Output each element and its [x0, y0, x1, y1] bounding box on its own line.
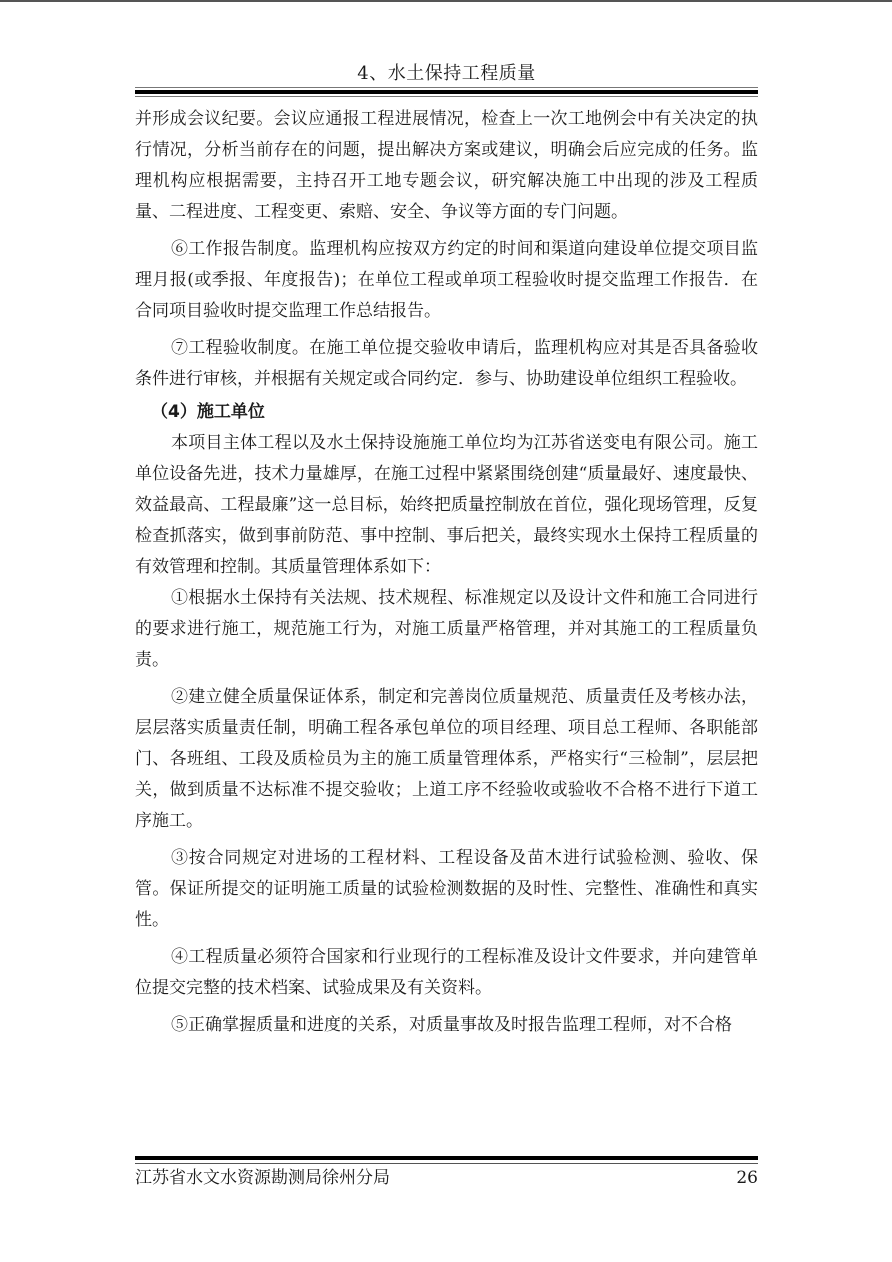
section-heading-construction-unit: （4）施工单位 — [135, 397, 758, 428]
header-rule-thin-bottom — [135, 96, 758, 97]
running-footer: 江苏省水文水资源勘测局徐州分局 26 — [135, 1166, 758, 1190]
paragraph-item-2: ②建立健全质量保证体系，制定和完善岗位质量规范、质量责任及考核办法，层层落实质量… — [135, 682, 758, 837]
document-body: 并形成会议纪要。会议应通报工程进展情况，检查上一次工地例会中有关决定的执行情况，… — [135, 104, 758, 1041]
paragraph-acceptance-system: ⑦工程验收制度。在施工单位提交验收申请后，监理机构应对其是否具备验收条件进行审核… — [135, 333, 758, 395]
paragraph-item-3: ③按合同规定对进场的工程材料、工程设备及苗木进行试验检测、验收、保管。保证所提交… — [135, 843, 758, 936]
paragraph-meeting-minutes: 并形成会议纪要。会议应通报工程进展情况，检查上一次工地例会中有关决定的执行情况，… — [135, 104, 758, 228]
footer-organization: 江苏省水文水资源勘测局徐州分局 — [135, 1166, 390, 1190]
running-header: 4、水土保持工程质量 — [135, 62, 758, 86]
paragraph-item-4: ④工程质量必须符合国家和行业现行的工程标准及设计文件要求，并向建管单位提交完整的… — [135, 942, 758, 1004]
header-rule — [135, 87, 758, 97]
page-number: 26 — [736, 1166, 758, 1190]
paragraph-construction-unit-intro: 本项目主体工程以及水土保持设施施工单位均为江苏省送变电有限公司。施工单位设备先进… — [135, 428, 758, 583]
page-top-edge — [0, 0, 892, 2]
paragraph-item-1: ①根据水土保持有关法规、技术规程、标准规定以及设计文件和施工合同进行的要求进行施… — [135, 583, 758, 676]
footer-rule — [135, 1156, 758, 1165]
paragraph-item-5: ⑤正确掌握质量和进度的关系，对质量事故及时报告监理工程师，对不合格 — [135, 1010, 758, 1041]
header-rule-thin-top — [135, 87, 758, 88]
footer-rule-thin — [135, 1163, 758, 1164]
footer-rule-thick — [135, 1156, 758, 1160]
header-rule-thick — [135, 90, 758, 94]
paragraph-work-report-system: ⑥工作报告制度。监理机构应按双方约定的时间和渠道向建设单位提交项目监理月报(或季… — [135, 234, 758, 327]
